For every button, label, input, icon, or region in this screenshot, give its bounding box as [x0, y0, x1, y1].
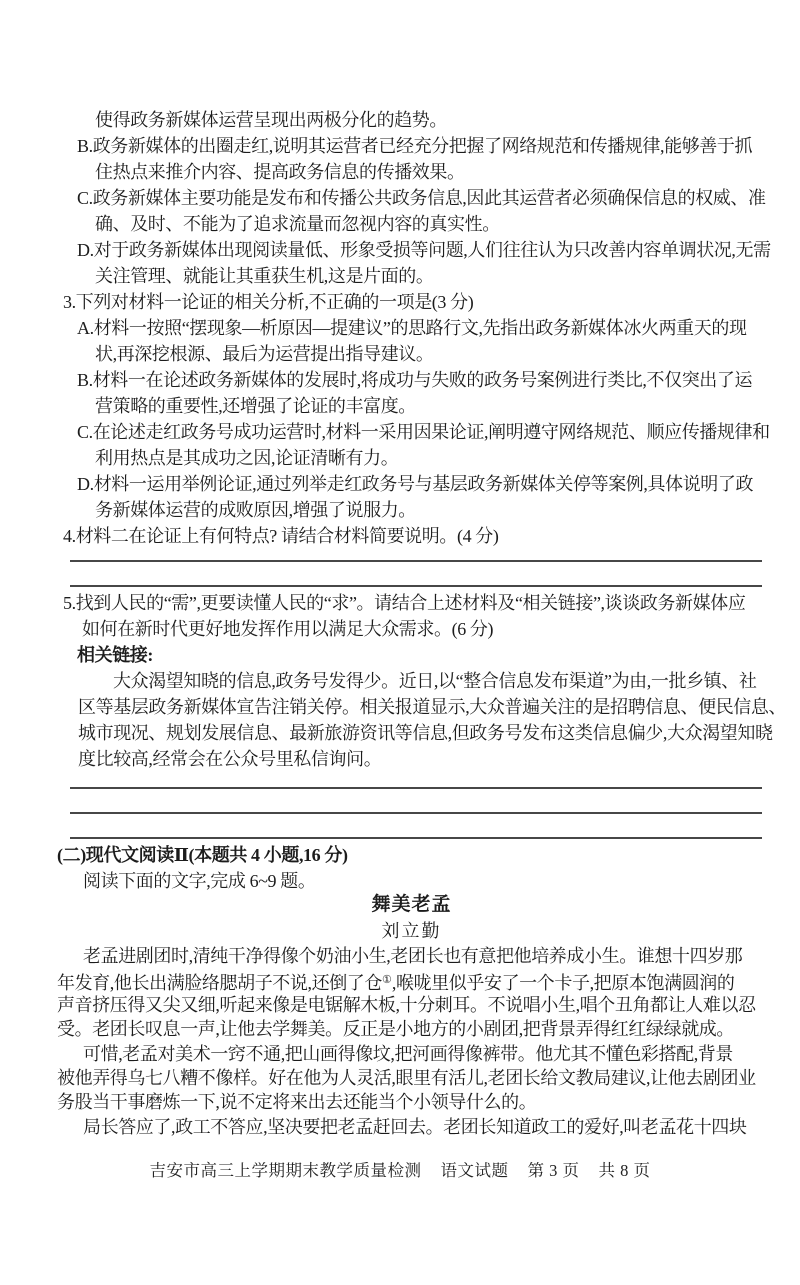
- option-tail-line: 使得政务新媒体运营呈现出两极分化的趋势。: [57, 107, 766, 133]
- essay-line: 年发育,他长出满脸络腮胡子不说,还倒了仓①,喉咙里似乎安了一个卡子,把原本饱满圆…: [57, 968, 766, 992]
- q4-stem: 4.材料二在论证上有何特点? 请结合材料简要说明。(4 分): [57, 523, 766, 549]
- page-footer: 吉安市高三上学期期末教学质量检测 语文试题 第 3 页 共 8 页: [0, 1156, 800, 1182]
- footnote-marker: ①: [382, 974, 392, 986]
- essay-author: 刘立勤: [57, 918, 766, 944]
- essay-line: 局长答应了,政工不答应,坚决要把老孟赶回去。老团长知道政工的爱好,叫老孟花十四块: [57, 1115, 766, 1139]
- essay-line: 可惜,老孟对美术一窍不通,把山画得像坟,把河画得像裤带。他尤其不懂色彩搭配,背景: [57, 1042, 766, 1066]
- section-instruction: 阅读下面的文字,完成 6~9 题。: [57, 868, 766, 894]
- answer-blank-line: [70, 837, 762, 839]
- page-content: 使得政务新媒体运营呈现出两极分化的趋势。 B.政务新媒体的出圈走红,说明其运营者…: [57, 0, 766, 1139]
- essay-line: 被他弄得乌七八糟不像样。好在他为人灵活,眼里有活儿,老团长给文教局建议,让他去剧…: [57, 1066, 766, 1090]
- q3-option-c-line1: C.在论述走红政务号成功运营时,材料一采用因果论证,阐明遵守网络规范、顺应传播规…: [57, 419, 766, 445]
- related-link-line: 区等基层政务新媒体宣告注销关停。相关报道显示,大众普遍关注的是招聘信息、便民信息…: [57, 694, 766, 720]
- essay-line-text: ,喉咙里似乎安了一个卡子,把原本饱满圆润的: [392, 973, 735, 993]
- q3-option-d-line2: 务新媒体运营的成败原因,增强了说服力。: [57, 497, 766, 523]
- footer-total-pages: 共 8 页: [599, 1157, 651, 1181]
- essay-title: 舞美老孟: [57, 892, 766, 918]
- q3-option-a-line2: 状,再深挖根源、最后为运营提出指导建议。: [57, 341, 766, 367]
- q3-option-d-line1: D.材料一运用举例论证,通过列举走红政务号与基层政务新媒体关停等案例,具体说明了…: [57, 471, 766, 497]
- q3-option-b-line2: 营策略的重要性,还增强了论证的丰富度。: [57, 393, 766, 419]
- footer-page-number: 第 3 页: [528, 1157, 580, 1181]
- answer-blank-line: [70, 787, 762, 789]
- footer-subject: 语文试题: [441, 1157, 509, 1181]
- essay-line: 务股当干事磨炼一下,说不定将来出去还能当个小领导什么的。: [57, 1090, 766, 1114]
- q3-option-c-line2: 利用热点是其成功之因,论证清晰有力。: [57, 445, 766, 471]
- q3-stem: 3.下列对材料一论证的相关分析,不正确的一项是(3 分): [57, 289, 766, 315]
- answer-blank-line: [70, 585, 762, 587]
- essay-line-text: 年发育,他长出满脸络腮胡子不说,还倒了仓: [57, 973, 382, 993]
- q3-option-a-line1: A.材料一按照“摆现象—析原因—提建议”的思路行文,先指出政务新媒体冰火两重天的…: [57, 315, 766, 341]
- essay-body: 老孟进剧团时,清纯干净得像个奶油小生,老团长也有意把他培养成小生。谁想十四岁那 …: [57, 944, 766, 1139]
- answer-blank-line: [70, 560, 762, 562]
- related-link-heading: 相关链接:: [57, 642, 766, 668]
- q5-stem-line1: 5.找到人民的“需”,更要读懂人民的“求”。请结合上述材料及“相关链接”,谈谈政…: [57, 590, 766, 616]
- question-section: 使得政务新媒体运营呈现出两极分化的趋势。 B.政务新媒体的出圈走红,说明其运营者…: [57, 0, 766, 549]
- related-link-line: 大众渴望知晓的信息,政务号发得少。近日,以“整合信息发布渠道”为由,一批乡镇、社: [57, 668, 766, 694]
- q2-option-d-line1: D.对于政务新媒体出现阅读量低、形象受损等问题,人们往往认为只改善内容单调状况,…: [57, 237, 766, 263]
- q2-option-d-line2: 关注管理、就能让其重获生机,这是片面的。: [57, 263, 766, 289]
- footer-exam-name: 吉安市高三上学期期末教学质量检测: [150, 1157, 422, 1181]
- q2-option-b-line1: B.政务新媒体的出圈走红,说明其运营者已经充分把握了网络规范和传播规律,能够善于…: [57, 133, 766, 159]
- essay-line: 受。老团长叹息一声,让他去学舞美。反正是小地方的小剧团,把背景弄得红红绿绿就成。: [57, 1017, 766, 1041]
- section-heading: (二)现代文阅读Ⅱ(本题共 4 小题,16 分): [57, 842, 766, 868]
- related-link-line: 城市现况、规划发展信息、最新旅游资讯等信息,但政务号发布这类信息偏少,大众渴望知…: [57, 720, 766, 746]
- q2-option-b-line2: 住热点来推介内容、提高政务信息的传播效果。: [57, 159, 766, 185]
- q2-option-c-line2: 确、及时、不能为了追求流量而忽视内容的真实性。: [57, 211, 766, 237]
- question5-section: 5.找到人民的“需”,更要读懂人民的“求”。请结合上述材料及“相关链接”,谈谈政…: [57, 590, 766, 772]
- essay-line: 老孟进剧团时,清纯干净得像个奶油小生,老团长也有意把他培养成小生。谁想十四岁那: [57, 944, 766, 968]
- essay-line: 声音挤压得又尖又细,听起来像是电锯解木板,十分刺耳。不说唱小生,唱个丑角都让人难…: [57, 993, 766, 1017]
- exam-paper-page: 使得政务新媒体运营呈现出两极分化的趋势。 B.政务新媒体的出圈走红,说明其运营者…: [0, 0, 800, 1285]
- reading2-section: (二)现代文阅读Ⅱ(本题共 4 小题,16 分) 阅读下面的文字,完成 6~9 …: [57, 842, 766, 894]
- answer-blank-line: [70, 812, 762, 814]
- essay: 舞美老孟 刘立勤 老孟进剧团时,清纯干净得像个奶油小生,老团长也有意把他培养成小…: [57, 892, 766, 1139]
- related-link-line: 度比较高,经常会在公众号里私信询问。: [57, 746, 766, 772]
- q5-stem-line2: 如何在新时代更好地发挥作用以满足大众需求。(6 分): [57, 616, 766, 642]
- q3-option-b-line1: B.材料一在论述政务新媒体的发展时,将成功与失败的政务号案例进行类比,不仅突出了…: [57, 367, 766, 393]
- q2-option-c-line1: C.政务新媒体主要功能是发布和传播公共政务信息,因此其运营者必须确保信息的权威、…: [57, 185, 766, 211]
